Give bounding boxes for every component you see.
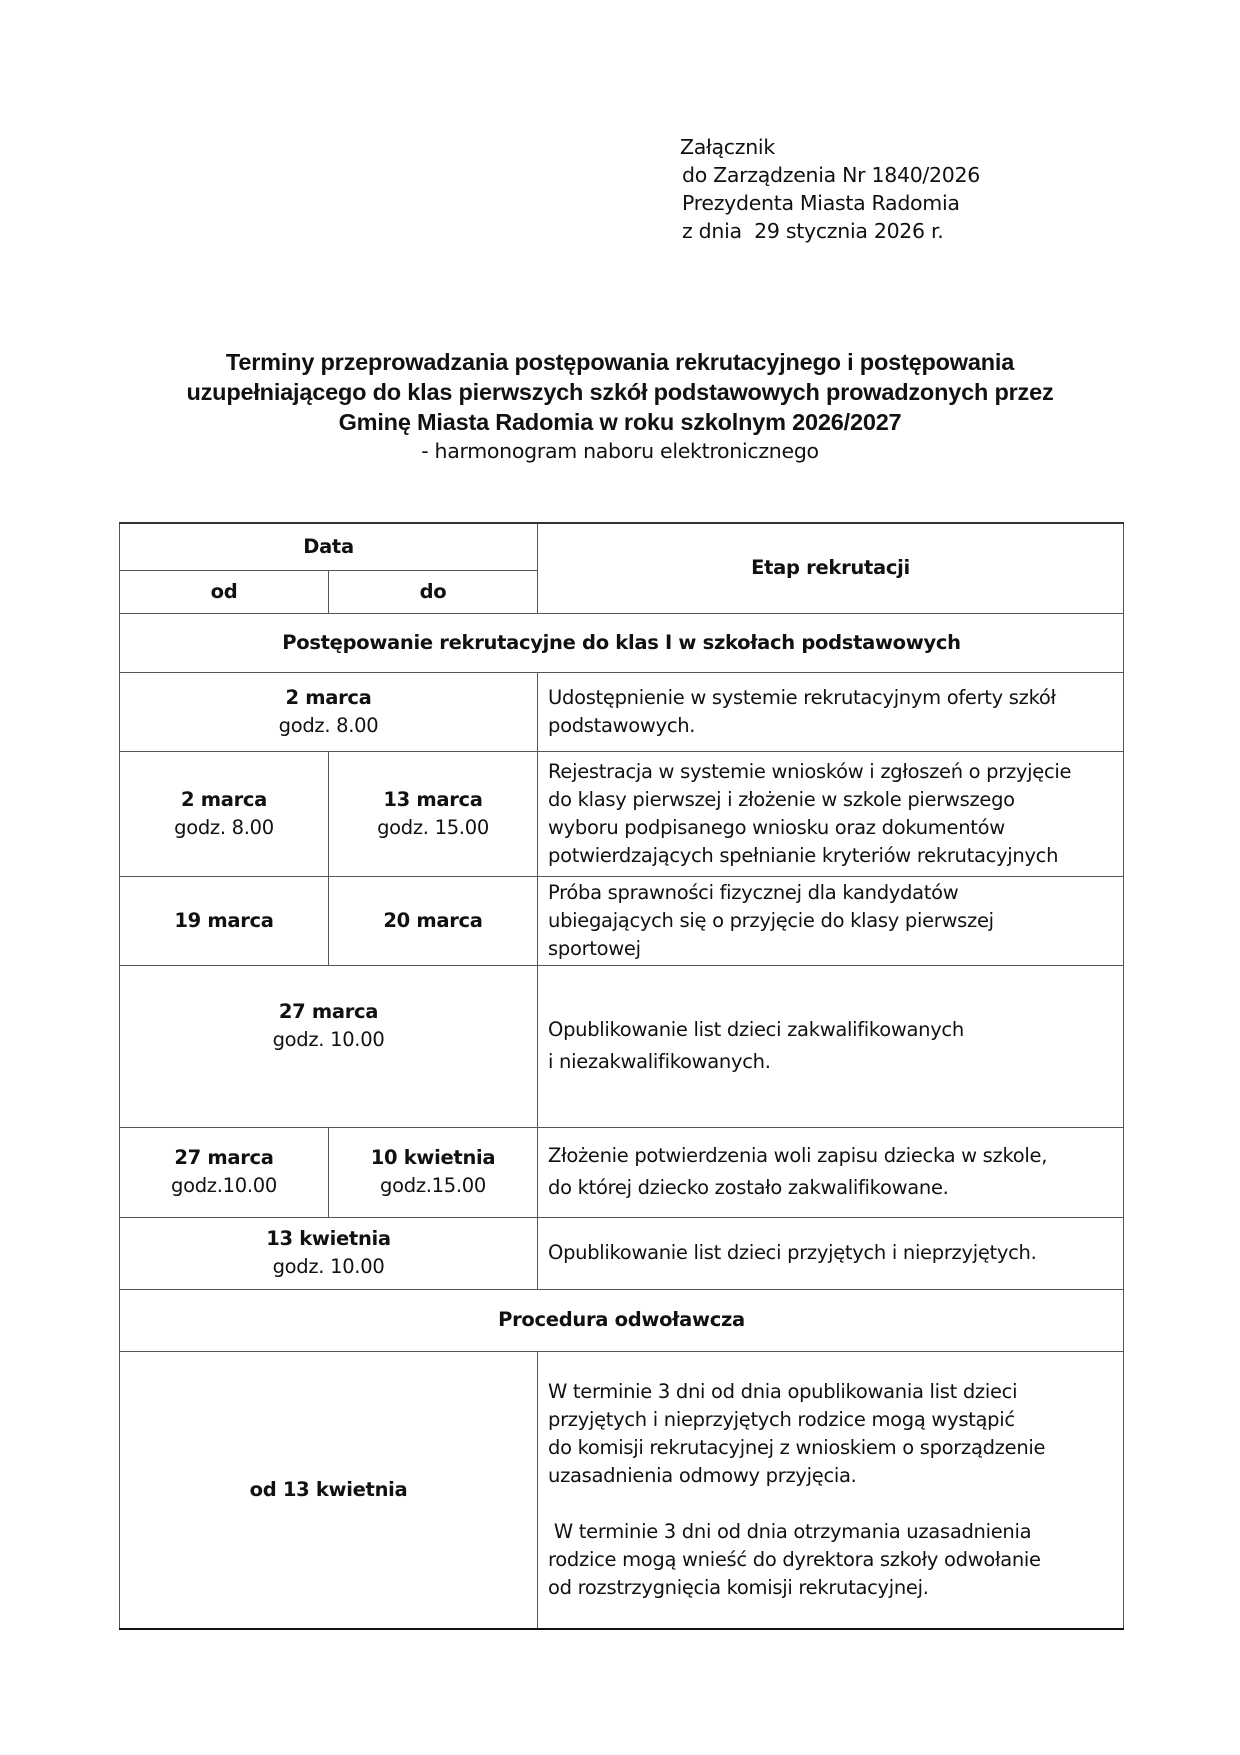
table-row: 2 marca godz. 8.00 13 marca godz. 15.00 … [120,751,1124,876]
table-row: 2 marca godz. 8.00 Udostępnienie w syste… [120,672,1124,751]
stage-text: Opublikowanie list dzieci przyjętych i n… [548,1239,1115,1267]
time: godz. 8.00 [120,814,328,842]
time: godz.10.00 [120,1172,328,1200]
date: 19 marca [120,907,328,935]
time: godz. 10.00 [120,1253,537,1281]
stage-cell: Rejestracja w systemie wniosków i zgłosz… [538,751,1124,876]
title-line-3: Gminę Miasta Radomia w roku szkolnym 202… [0,407,1240,437]
recruitment-schedule-table: Data Etap rekrutacji od do Postępowanie … [119,522,1124,1630]
title-line-2: uzupełniającego do klas pierwszych szkół… [0,377,1240,407]
from-cell: 19 marca [120,876,329,965]
section-row: Procedura odwoławcza [120,1289,1124,1351]
stage-text: Rejestracja w systemie wniosków i zgłosz… [548,758,1115,870]
title-line-1: Terminy przeprowadzania postępowania rek… [0,347,1240,377]
stage-cell: Próba sprawności fizycznej dla kandydató… [538,876,1124,965]
date-cell: 27 marca godz. 10.00 [120,965,538,1127]
date: 20 marca [329,907,537,935]
date-cell: 13 kwietnia godz. 10.00 [120,1217,538,1289]
date: 10 kwietnia [329,1144,537,1172]
attachment-header: Załącznik do Zarządzenia Nr 1840/2026 Pr… [680,133,980,245]
table-row: 13 kwietnia godz. 10.00 Opublikowanie li… [120,1217,1124,1289]
date: 27 marca [120,1144,328,1172]
stage-cell: Udostępnienie w systemie rekrutacyjnym o… [538,672,1124,751]
table-row: 27 marca godz. 10.00 Opublikowanie list … [120,965,1124,1127]
header-stage: Etap rekrutacji [538,523,1124,613]
section-title: Procedura odwoławcza [120,1289,1124,1351]
date: 2 marca [120,786,328,814]
section-row: Postępowanie rekrutacyjne do klas I w sz… [120,613,1124,672]
date: 13 marca [329,786,537,814]
date: 27 marca [120,998,537,1026]
date: od 13 kwietnia [120,1476,537,1504]
to-cell: 20 marca [329,876,538,965]
attachment-date: z dnia 29 stycznia 2026 r. [682,217,980,245]
header-to: do [329,570,538,613]
stage-paragraph-2: W terminie 3 dni od dnia otrzymania uzas… [548,1518,1115,1602]
document-title: Terminy przeprowadzania postępowania rek… [0,347,1240,465]
to-cell: 10 kwietnia godz.15.00 [329,1127,538,1217]
stage-cell: Opublikowanie list dzieci przyjętych i n… [538,1217,1124,1289]
table-row: od 13 kwietnia W terminie 3 dni od dnia … [120,1351,1124,1629]
time: godz. 8.00 [120,712,537,740]
stage-paragraph-1: W terminie 3 dni od dnia opublikowania l… [548,1378,1115,1490]
stage-cell: W terminie 3 dni od dnia opublikowania l… [538,1351,1124,1629]
table-row: 19 marca 20 marca Próba sprawności fizyc… [120,876,1124,965]
date-cell: 2 marca godz. 8.00 [120,672,538,751]
attachment-label: Załącznik [680,133,980,161]
time: godz.15.00 [329,1172,537,1200]
to-cell: 13 marca godz. 15.00 [329,751,538,876]
header-from: od [120,570,329,613]
stage-cell: Złożenie potwierdzenia woli zapisu dziec… [538,1127,1124,1217]
from-cell: 2 marca godz. 8.00 [120,751,329,876]
section-title: Postępowanie rekrutacyjne do klas I w sz… [120,613,1124,672]
document-subtitle: - harmonogram naboru elektronicznego [0,437,1240,465]
table-row: 27 marca godz.10.00 10 kwietnia godz.15.… [120,1127,1124,1217]
header-data: Data [120,523,538,570]
stage-text: Opublikowanie list dzieci zakwalifikowan… [548,1014,1115,1078]
date-cell: od 13 kwietnia [120,1351,538,1629]
table-header-row: Data Etap rekrutacji [120,523,1124,570]
attachment-issuer: Prezydenta Miasta Radomia [682,189,980,217]
time: godz. 15.00 [329,814,537,842]
date: 13 kwietnia [120,1225,537,1253]
attachment-ordinance-number: do Zarządzenia Nr 1840/2026 [682,161,980,189]
stage-cell: Opublikowanie list dzieci zakwalifikowan… [538,965,1124,1127]
stage-text: Udostępnienie w systemie rekrutacyjnym o… [548,684,1115,740]
time: godz. 10.00 [120,1026,537,1054]
date: 2 marca [120,684,537,712]
stage-text: Złożenie potwierdzenia woli zapisu dziec… [548,1140,1115,1204]
stage-text: Próba sprawności fizycznej dla kandydató… [548,879,1115,963]
from-cell: 27 marca godz.10.00 [120,1127,329,1217]
